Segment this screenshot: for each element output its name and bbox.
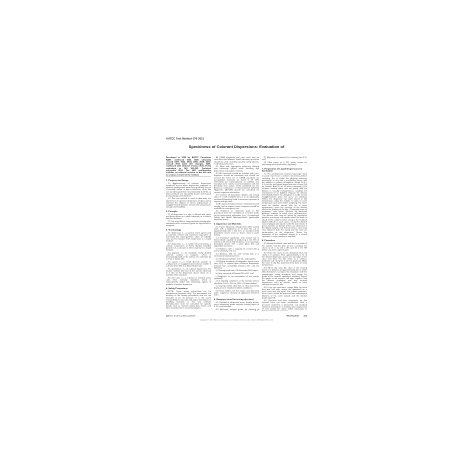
body-paragraph: 5.2 Drawdown applicator, wire wound rod … [214,237,259,247]
body-paragraph: 3.1 dispersant, n.—a surface active agen… [166,232,211,242]
body-paragraph: 8.1 Identify the blank chart with the lo… [262,243,307,251]
body-paragraph: 6.1 Distilled or deionized water, freshl… [214,301,259,307]
body-paragraph: 8.3 When dry, view the chart in the view… [262,267,307,286]
body-paragraph: 6.2 Methanol, reagent grade, for cleanin… [214,308,259,311]
body-paragraph: 5.3 Balance, with a capacity of at least… [214,248,259,252]
document-page: AATCC Test Method 176-2011 Speckiness of… [166,137,307,333]
body-paragraph: 5.7 Drying cabinet, dust free, or clean … [214,285,259,289]
column-left: Developed in 1995 by AATCC Committee RA8… [166,157,211,312]
footer-page-number: 323 [303,315,307,318]
section-heading: 5. Apparatus and Materials [214,222,259,224]
body-paragraph: 2.2 The dried film is compared with phot… [166,220,211,226]
section-heading: 4. Safety Precautions [166,287,211,289]
body-paragraph: 5.4 Beakers, 250 mL, with stirring rods … [214,253,259,257]
body-paragraph: 8.5 Precision and bias statements for th… [262,300,307,311]
section-heading: 6. Reagents (used for testing dye dust) [214,298,259,300]
body-paragraph: 8.4 If the two operators' ratings differ… [262,286,307,298]
body-paragraph: 3.3 pigment, n.—an insoluble, finely div… [166,252,211,260]
body-paragraph: 5.6.1 Lighting conditions at the viewing… [214,280,259,284]
body-paragraph: 1.2 This test method is used to determin… [166,198,211,208]
copyright-line: Copyright © 2017 American Association of… [166,319,307,321]
body-paragraph: 3.6 wet cake, n.—a colorant in undried, … [166,277,211,285]
section-heading: 1. Purpose and Scope [166,179,211,181]
history-intro-block: Developed in 1995 by AATCC Committee RA8… [166,157,211,176]
column-middle: All OSHA standards and rules must also b… [214,157,259,312]
body-paragraph: 5.8 Rinse bottles, lint free wipes and d… [214,290,259,296]
body-paragraph: (1) Methanol, as required for cleaning (… [262,157,307,161]
body-paragraph: 8.2 Place the chart on the drawdown bed … [262,252,307,267]
body-paragraph: 7.1 The predispersed colorant, liquid dy… [262,173,307,237]
body-paragraph: 5.1 Paper, bleached, unlacquered, white … [214,226,259,236]
section-heading: 8. Procedure [262,239,307,241]
page-content: AATCC Test Method 176-2011 Speckiness of… [166,137,307,333]
section-heading: 2. Principle [166,210,211,212]
body-paragraph: 4.3 Conduct all drawdown, dilution and r… [214,194,259,202]
footer-right-group: TM 176-2011 323 [282,315,307,318]
body-paragraph: NOTE: These safety precautions are for i… [166,290,211,309]
body-paragraph: c) Magnifier, 5x, for examination of fin… [214,275,259,279]
text-columns: Developed in 1995 by AATCC Committee RA8… [166,157,307,312]
body-paragraph: 3.2 dispersion, n.—in textile wet proces… [166,243,211,251]
body-paragraph: 4.4 An eyewash/safety shower should be l… [214,203,259,209]
page-title: Speckiness of Colorant Dispersions: Eval… [166,145,307,150]
body-paragraph: 4.1 Wear task appropriate protective clo… [214,166,259,172]
body-paragraph: 3.5 speckiness, n.—of colorant dispersio… [166,268,211,276]
column-right: (1) Methanol, as required for cleaning (… [262,157,307,312]
body-paragraph: (2) Filter paper or a 325 mesh screen fo… [262,161,307,165]
method-number-header: AATCC Test Method 176-2011 [166,137,307,140]
page-footer: AATCC Technical Manual/2018 TM 176-2011 … [166,315,307,318]
body-paragraph: 2.1 A dispersion of a dye is diluted wit… [166,213,211,219]
body-paragraph: 5.6 Rating standards, photographic speck… [214,261,259,269]
body-paragraph: All OSHA standards and rules must also b… [214,157,259,165]
body-paragraph: 4.5 Exposure to chemicals used in this p… [214,210,259,220]
section-heading: 7. Preparation of Liquid Dispersions for… [262,168,307,173]
footer-method-number: TM 176-2011 [286,315,299,318]
body-paragraph: 1.1 Agglomeration of colorant dispersion… [166,182,211,197]
footer-manual-label: AATCC Technical Manual/2018 [166,315,195,318]
body-paragraph: 3.4 speck, n.—a small discrete particle … [166,261,211,267]
body-paragraph: 4.2 All chemicals should be handled with… [214,173,259,194]
section-heading: 3. Terminology [166,228,211,230]
